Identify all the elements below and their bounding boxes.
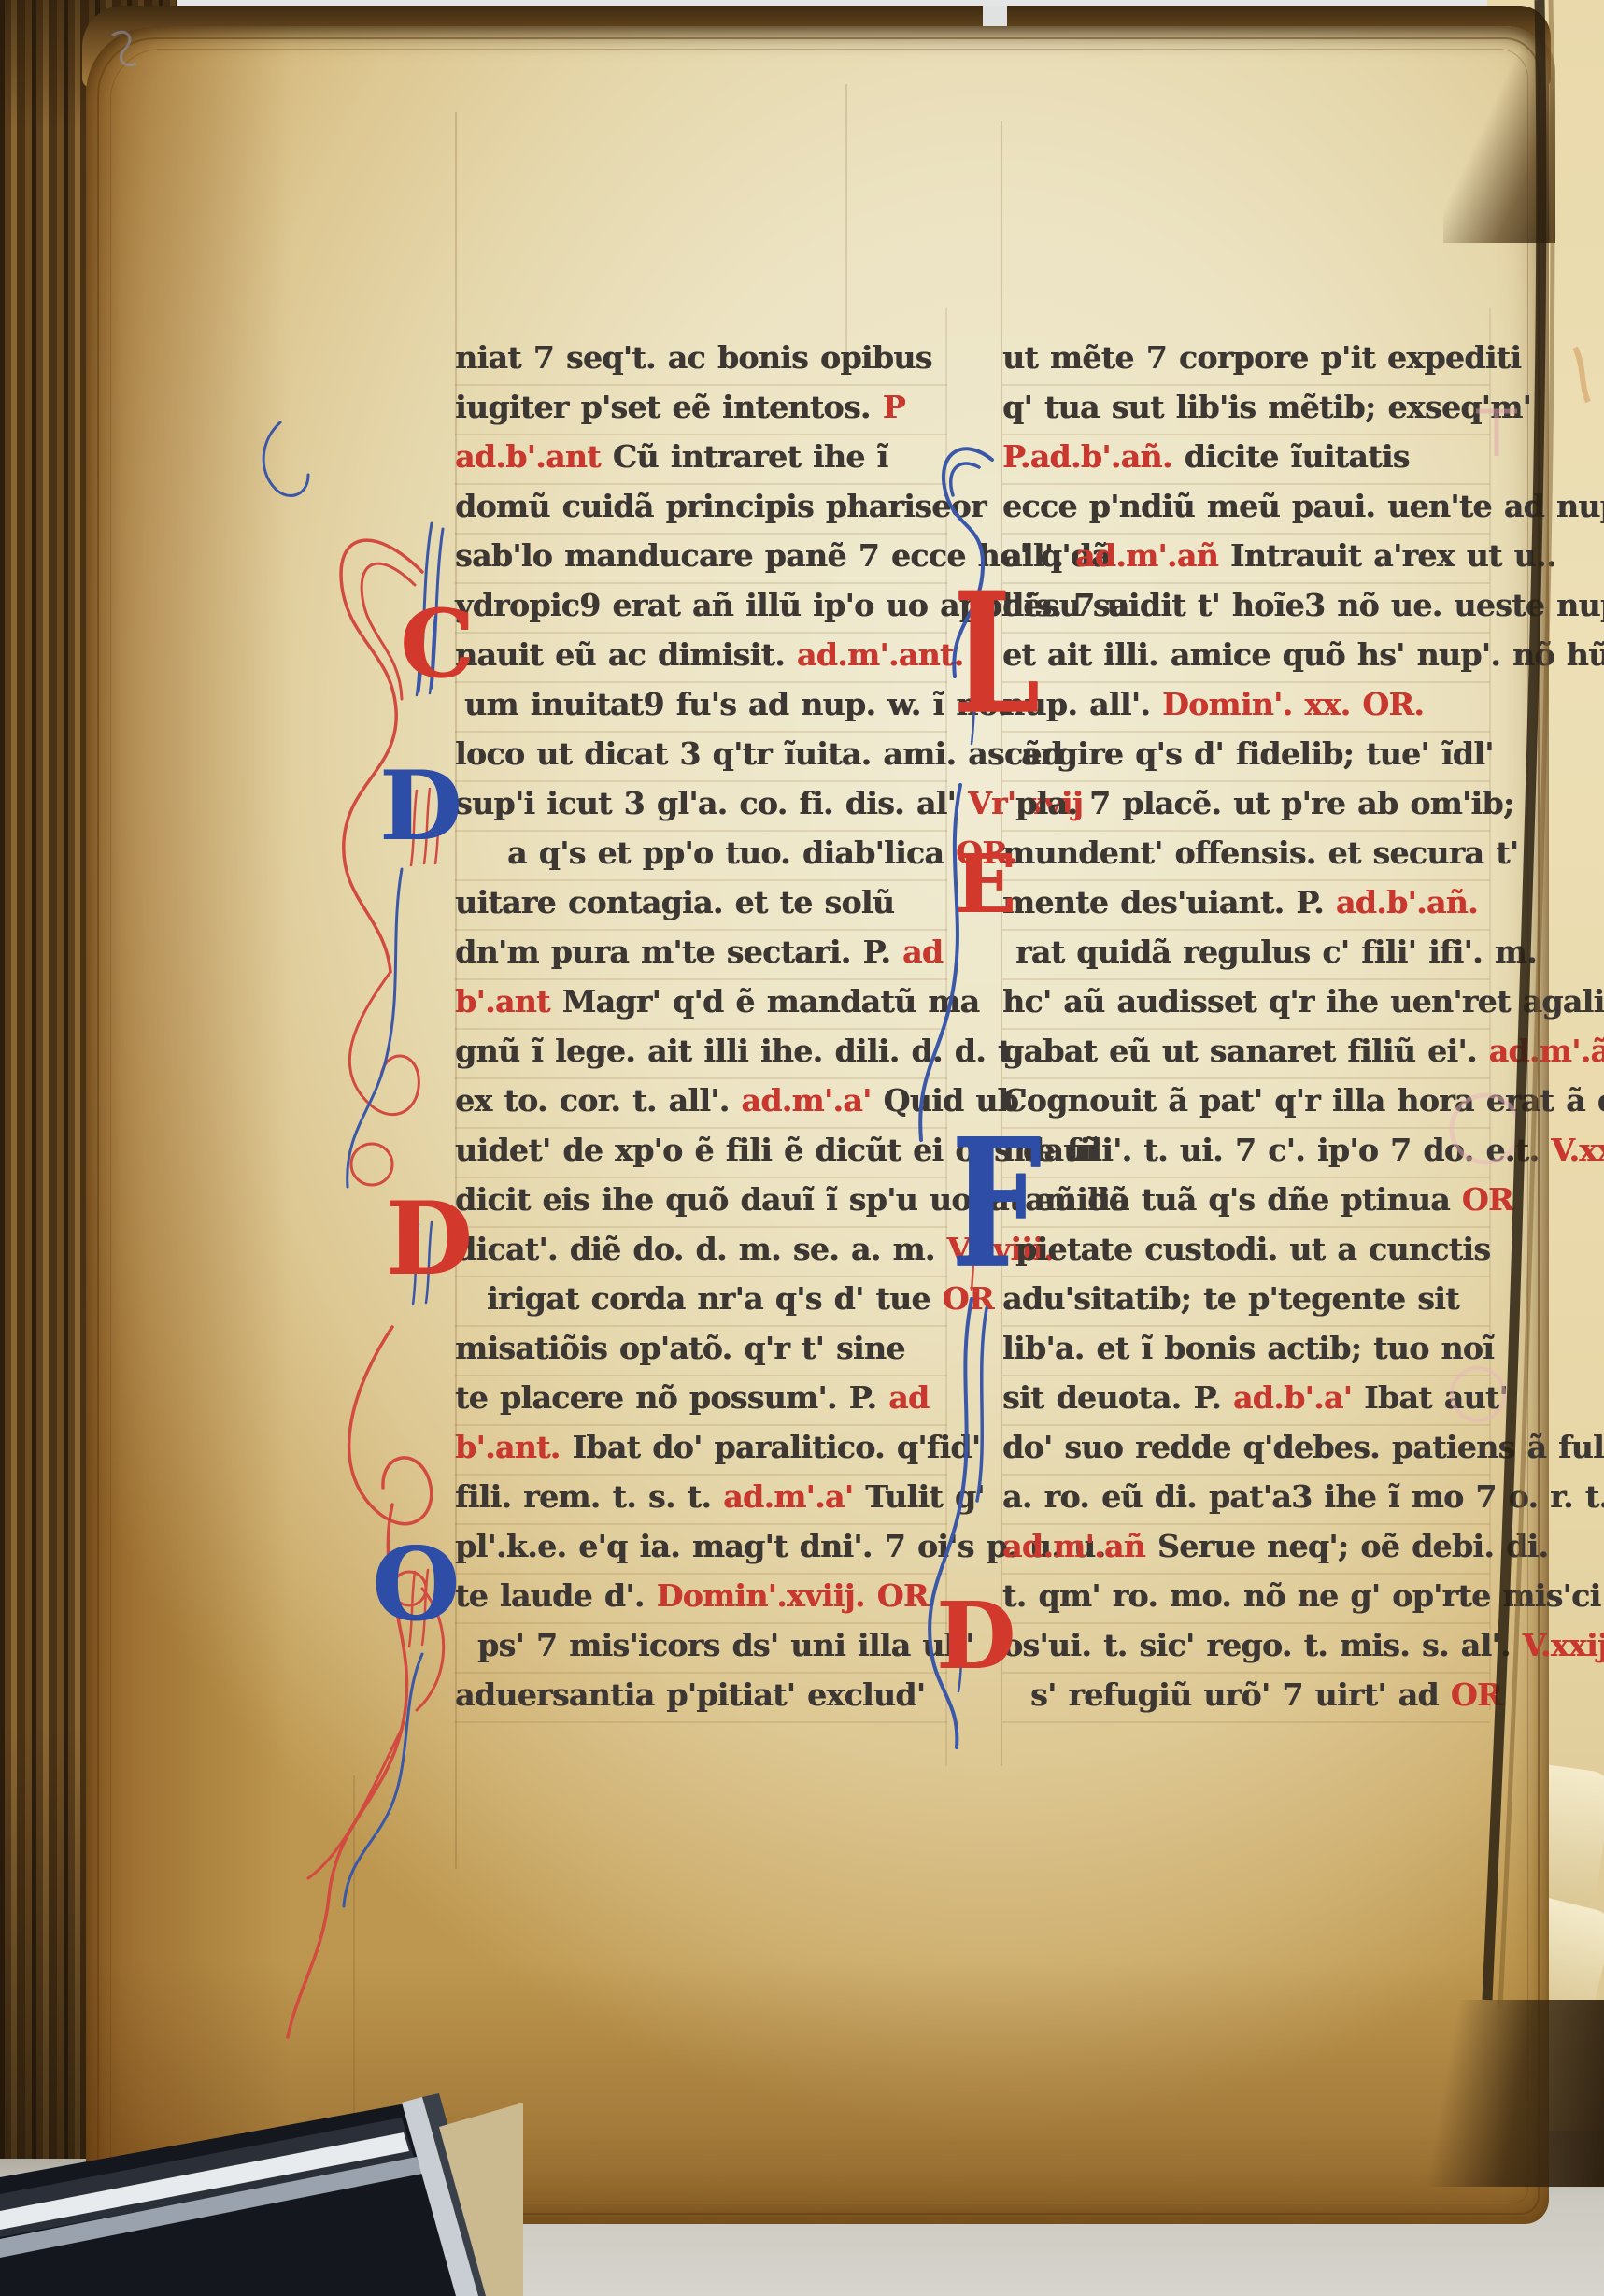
- metal-clamp: [0, 2037, 523, 2296]
- drop-cap-initial-F: F: [951, 1133, 1042, 1278]
- text-line: mundent' offensis. et secura t': [1002, 834, 1490, 884]
- drop-cap-initial-D: D: [379, 768, 461, 847]
- drop-cap-initial-C: C: [400, 606, 475, 682]
- ink-text: dicat'. diẽ do. d. m. se. a. m.: [455, 1231, 947, 1267]
- rubric-text: ad: [888, 1379, 929, 1416]
- text-line: sup'i icut 3 gl'a. co. fi. dis. al' Vr'.…: [455, 785, 947, 834]
- ink-text: ut mẽte 7 corpore p'it expediti: [1002, 339, 1521, 376]
- ink-text: Tulit g': [865, 1478, 985, 1515]
- ink-text: te laude d'.: [455, 1577, 657, 1614]
- text-line: os'ui. t. sic' rego. t. mis. s. al'. V.x…: [1002, 1627, 1490, 1676]
- ink-text: uitare contagia. et te solũ: [455, 884, 894, 920]
- text-line: dis. 7 uidit t' hoĩe3 nõ ue. ueste nup: [1002, 587, 1490, 636]
- drop-cap-initial-D: D: [385, 1198, 473, 1281]
- ink-text: amiliã tuã q's dñe ptinua: [1025, 1181, 1462, 1218]
- ink-text: sit deuota. P.: [1002, 1379, 1233, 1416]
- rubric-text: OR: [1462, 1181, 1513, 1218]
- text-line: ps' 7 mis'icors ds' uni illa ub': [455, 1627, 947, 1676]
- ink-text: Cognouit ã pat' q'r illa hora erat ã q.d…: [1002, 1082, 1604, 1119]
- rubric-text: ad: [902, 934, 943, 970]
- ink-text: Serue neq'; oẽ debi. di.: [1157, 1528, 1548, 1564]
- ink-text: aduersantia p'pitiat' exclud': [455, 1676, 925, 1713]
- ink-text: Intrauit a'rex ut u..: [1230, 537, 1556, 574]
- text-line: hc' aũ audisset q'r ihe uen'ret agali'. …: [1002, 983, 1490, 1033]
- ink-text: nauit eũ ac dimisit.: [455, 636, 797, 673]
- ink-text: ihe fili'. t. ui. 7 c'. ip'o 7 do. e.t.: [1002, 1132, 1551, 1168]
- ink-text: argire q's d' fidelib; tue' ĩdl': [1021, 735, 1494, 772]
- text-line: sab'lo manducare panẽ 7 ecce ho' q'dã: [455, 537, 947, 587]
- ink-text: mente des'uiant. P.: [1002, 884, 1336, 920]
- ink-text: misatiõis op'atõ. q'r t' sine: [455, 1330, 905, 1366]
- text-line: q' tua sut lib'is mẽtib; exseq'm': [1002, 389, 1490, 438]
- ink-text: s' refugiũ urõ' 7 uirt' ad: [1030, 1676, 1451, 1713]
- text-line: nup. all'. Domin'. xx. OR.: [1002, 686, 1490, 735]
- rubric-text: ad.m'.a': [723, 1478, 865, 1515]
- text-line: dicat'. diẽ do. d. m. se. a. m. V.xviii.: [455, 1231, 947, 1280]
- text-line: te placere nõ possum'. P. ad: [455, 1379, 947, 1429]
- text-line: iugiter p'set eẽ intentos. P: [455, 389, 947, 438]
- ink-text: fili. rem. t. s. t.: [455, 1478, 723, 1515]
- ink-text: ps' 7 mis'icors ds' uni illa ub': [477, 1627, 974, 1663]
- rubric-text: OR: [1451, 1676, 1502, 1713]
- text-line: gabat eũ ut sanaret filiũ ei'. ad.m'.ã.: [1002, 1033, 1490, 1082]
- manuscript-photo: niat 7 seq't. ac bonis opibusiugiter p's…: [0, 0, 1604, 2296]
- rubric-text: ad.b'.a': [1233, 1379, 1364, 1416]
- ink-text: dn'm pura m'te sectari. P.: [455, 934, 902, 970]
- rubric-text: b'.ant.: [455, 1429, 572, 1465]
- text-line: a. ro. eũ di. pat'a3 ihe ĩ mo 7 o. r. t.: [1002, 1478, 1490, 1528]
- ink-text: domũ cuidã principis phariseor: [455, 488, 987, 524]
- ink-text: os'ui. t. sic' rego. t. mis. s. al'.: [1002, 1627, 1523, 1663]
- text-line: uidet' de xp'o ẽ fili ẽ dicũt ei oẽs dau…: [455, 1132, 947, 1181]
- rubric-text: ad.b'.ant: [455, 438, 613, 475]
- text-line: lib'a. et ĩ bonis actib; tuo noĩ: [1002, 1330, 1490, 1379]
- ink-text: sup'i icut 3 gl'a. co. fi. dis. al': [455, 785, 968, 821]
- drop-cap-initial-D: D: [936, 1600, 1015, 1675]
- drop-cap-initial-E: E: [955, 852, 1016, 919]
- gutter-corner-shadow: [1443, 28, 1555, 243]
- text-line: all'. ad.m'.añ Intrauit a'rex ut u..: [1002, 537, 1490, 587]
- ink-text: ex to. cor. t. all'.: [455, 1082, 741, 1119]
- ink-text: adu'sitatib; te p'tegente sit: [1002, 1280, 1459, 1317]
- text-line: ecce p'ndiũ meũ paui. uen'te ad nup: [1002, 488, 1490, 537]
- ink-text: a. ro. eũ di. pat'a3 ihe ĩ mo 7 o. r. t.: [1002, 1478, 1604, 1515]
- text-line: loco ut dicat 3 q'tr ĩuita. ami. ascẽd: [455, 735, 947, 785]
- ink-text: iugiter p'set eẽ intentos.: [455, 389, 871, 425]
- text-line: ihe fili'. t. ui. 7 c'. ip'o 7 do. e.t. …: [1002, 1132, 1490, 1181]
- text-line: pl'.k.e. e'q ia. mag't dni'. 7 oi's p. u…: [455, 1528, 947, 1577]
- ink-text: Ibat aut': [1364, 1379, 1508, 1416]
- text-line: pietate custodi. ut a cunctis: [1002, 1231, 1490, 1280]
- text-column-right: ut mẽte 7 corpore p'it expeditiq' tua su…: [1002, 339, 1490, 1726]
- text-line: sit deuota. P. ad.b'.a' Ibat aut': [1002, 1379, 1490, 1429]
- text-line: uitare contagia. et te solũ: [455, 884, 947, 934]
- ink-text: ecce p'ndiũ meũ paui. uen'te ad nup: [1002, 488, 1604, 524]
- ink-text: rat quidã regulus c' fili' ifi'. m.: [1015, 934, 1537, 970]
- text-line: b'.ant. Ibat do' paralitico. q'fid': [455, 1429, 947, 1478]
- text-line: dicit eis ihe quõ dauĩ ĩ sp'u uocat eũ d…: [455, 1181, 947, 1231]
- rubric-text: V.xxi.: [1551, 1132, 1604, 1168]
- ink-text: et ait illi. amice quõ hs' nup'. nõ hũc …: [1002, 636, 1604, 673]
- ink-text: niat 7 seq't. ac bonis opibus: [455, 339, 932, 376]
- text-line: misatiõis op'atõ. q'r t' sine: [455, 1330, 947, 1379]
- rubric-text: ad.b'.añ.: [1336, 884, 1478, 920]
- text-line: do' suo redde q'debes. patiens ã ful': [1002, 1429, 1490, 1478]
- text-line: argire q's d' fidelib; tue' ĩdl': [1002, 735, 1490, 785]
- text-line: ad.m'.añ Serue neq'; oẽ debi. di.: [1002, 1528, 1490, 1577]
- ink-text: Magr' q'd ẽ mandatũ ma: [562, 983, 980, 1020]
- text-line: s' refugiũ urõ' 7 uirt' ad OR: [1002, 1676, 1490, 1726]
- ink-text: gnũ ĩ lege. ait illi ihe. dili. d. d. t.: [455, 1033, 1021, 1069]
- text-line: irigat corda nr'a q's d' tue OR: [455, 1280, 947, 1330]
- text-line: pla. 7 placẽ. ut p're ab om'ib;: [1002, 785, 1490, 834]
- text-line: P.ad.b'.añ. dicite ĩuitatis: [1002, 438, 1490, 488]
- drop-cap-initial-L: L: [953, 587, 1040, 723]
- text-line: ydropic9 erat añ illũ ip'o uo apphẽsu sa: [455, 587, 947, 636]
- ink-text: q' tua sut lib'is mẽtib; exseq'm': [1002, 389, 1531, 425]
- text-line: fili. rem. t. s. t. ad.m'.a' Tulit g': [455, 1478, 947, 1528]
- ink-text: um inuitat9 fu's ad nup. w. ĩ no.: [464, 686, 1007, 722]
- drop-cap-initial-O: O: [372, 1544, 460, 1627]
- ink-text: pietate custodi. ut a cunctis: [1015, 1231, 1490, 1267]
- text-line: niat 7 seq't. ac bonis opibus: [455, 339, 947, 389]
- rubric-text: ad.m'.ant.: [797, 636, 964, 673]
- parchment-crease: [845, 84, 847, 355]
- ink-text: mundent' offensis. et secura t': [1002, 834, 1518, 871]
- text-line: amiliã tuã q's dñe ptinua OR: [1002, 1181, 1490, 1231]
- rubric-text: P: [871, 389, 905, 425]
- rubric-text: Domin'. xx. OR.: [1162, 686, 1424, 722]
- ink-text: do' suo redde q'debes. patiens ã ful': [1002, 1429, 1604, 1465]
- text-line: rat quidã regulus c' fili' ifi'. m.: [1002, 934, 1490, 983]
- ink-text: Ibat do' paralitico. q'fid': [572, 1429, 980, 1465]
- text-line: ex to. cor. t. all'. ad.m'.a' Quid ub': [455, 1082, 947, 1132]
- ink-text: lib'a. et ĩ bonis actib; tuo noĩ: [1002, 1330, 1494, 1366]
- text-line: domũ cuidã principis phariseor: [455, 488, 947, 537]
- text-column-left: niat 7 seq't. ac bonis opibusiugiter p's…: [455, 339, 947, 1726]
- rubric-text: V.xxij.: [1523, 1627, 1604, 1663]
- ink-text: te placere nõ possum'. P.: [455, 1379, 888, 1416]
- text-line: um inuitat9 fu's ad nup. w. ĩ no.: [455, 686, 947, 735]
- gutter-bottom-shadow: [1383, 2000, 1604, 2187]
- rubric-text: ad.m'.ã.: [1489, 1033, 1604, 1069]
- ink-text: dicite ĩuitatis: [1185, 438, 1410, 475]
- text-line: nauit eũ ac dimisit. ad.m'.ant.: [455, 636, 947, 686]
- ink-text: dis. 7 uidit t' hoĩe3 nõ ue. ueste nup: [1002, 587, 1604, 623]
- ink-text: pla. 7 placẽ. ut p're ab om'ib;: [1015, 785, 1513, 821]
- ink-text: Cũ intraret ihe ĩ: [613, 438, 888, 475]
- text-line: te laude d'. Domin'.xviij. OR: [455, 1577, 947, 1627]
- rubric-text: b'.ant: [455, 983, 562, 1020]
- text-line: mente des'uiant. P. ad.b'.añ.: [1002, 884, 1490, 934]
- text-line: adu'sitatib; te p'tegente sit: [1002, 1280, 1490, 1330]
- text-line: aduersantia p'pitiat' exclud': [455, 1676, 947, 1726]
- text-line: dn'm pura m'te sectari. P. ad: [455, 934, 947, 983]
- ink-text: irigat corda nr'a q's d' tue: [487, 1280, 943, 1317]
- ink-text: gabat eũ ut sanaret filiũ ei'.: [1002, 1033, 1489, 1069]
- text-line: ad.b'.ant Cũ intraret ihe ĩ: [455, 438, 947, 488]
- ink-text: t. qm' ro. mo. nõ ne g' op'rte mis'ci: [1002, 1577, 1600, 1614]
- rubric-text: Domin'.xviij. OR: [657, 1577, 929, 1614]
- ink-text: hc' aũ audisset q'r ihe uen'ret agali'. …: [1002, 983, 1604, 1020]
- text-line: ut mẽte 7 corpore p'it expediti: [1002, 339, 1490, 389]
- text-line: gnũ ĩ lege. ait illi ihe. dili. d. d. t.: [455, 1033, 947, 1082]
- text-line: t. qm' ro. mo. nõ ne g' op'rte mis'ci: [1002, 1577, 1490, 1627]
- rubric-text: P.ad.b'.añ.: [1002, 438, 1185, 475]
- ink-text: a q's et pp'o tuo. diab'lica: [507, 834, 956, 871]
- rubric-text: ad.m'.añ: [1002, 1528, 1157, 1564]
- text-line: et ait illi. amice quõ hs' nup'. nõ hũc …: [1002, 636, 1490, 686]
- text-line: Cognouit ã pat' q'r illa hora erat ã q.d…: [1002, 1082, 1490, 1132]
- text-line: b'.ant Magr' q'd ẽ mandatũ ma: [455, 983, 947, 1033]
- rubric-text: ad.m'.a': [741, 1082, 883, 1119]
- rubric-text: ad.m'.añ: [1075, 537, 1230, 574]
- text-line: a q's et pp'o tuo. diab'lica OR.: [455, 834, 947, 884]
